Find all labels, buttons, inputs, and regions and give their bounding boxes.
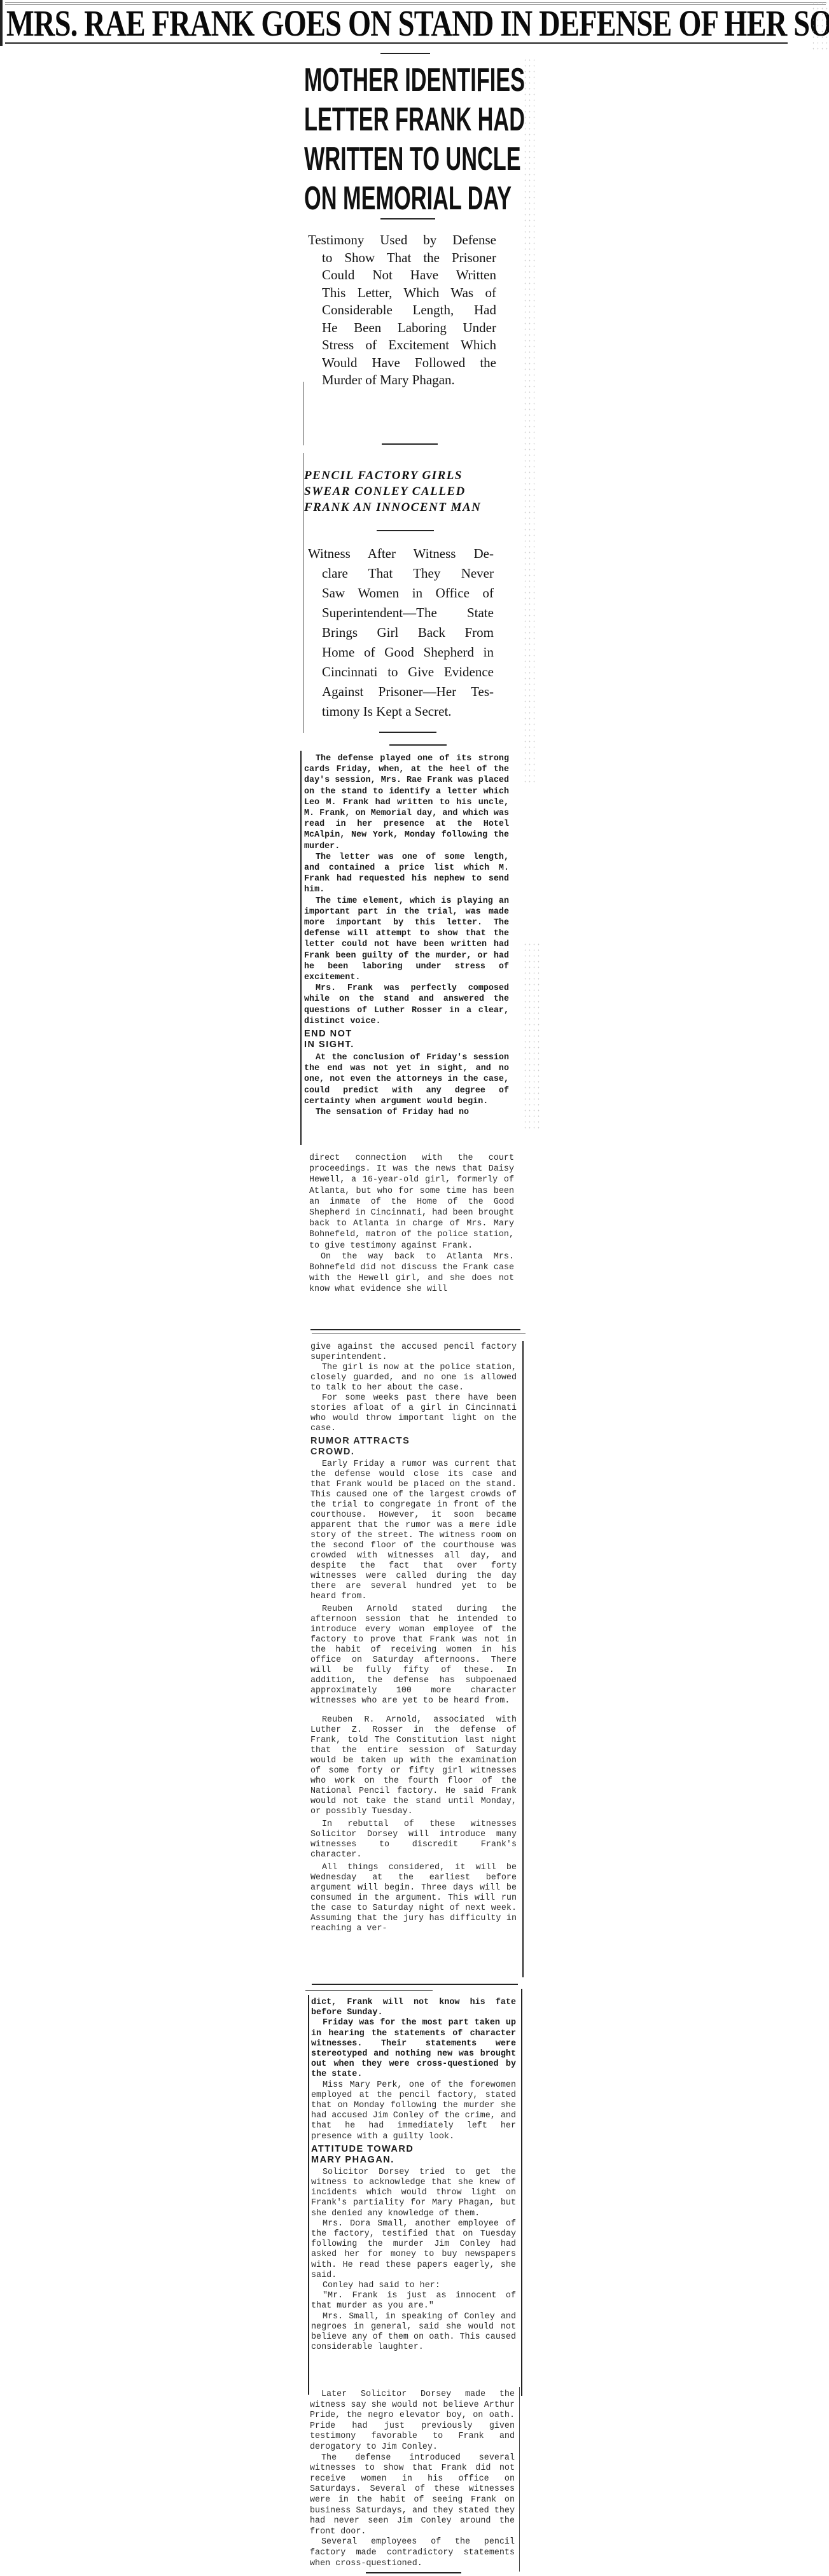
scan-noise [523,57,537,783]
paragraph: Reuben R. Arnold, associated with Luther… [310,1715,517,1817]
subdeck1-line: to Show That the Prisoner [322,249,496,267]
column-rule [521,1989,522,2396]
subhead-attitude-toward-mary-phagan: ATTITUDE TOWARD MARY PHAGAN. [311,2144,516,2166]
scan-noise [523,942,542,1132]
deck2-line: FRANK AN INNOCENT MAN [304,499,508,515]
deck2-line: PENCIL FACTORY GIRLS [304,468,508,484]
divider-rule [379,732,436,733]
paragraph: Mrs. Small, in speaking of Conley and ne… [311,2312,516,2353]
paragraph: Later Solicitor Dorsey made the witness … [310,2390,515,2453]
segment-rule [312,1984,518,1985]
subhead-end-not-in-sight: END NOT IN SIGHT. [304,1029,509,1050]
paragraph: "Mr. Frank is just as innocent of that m… [311,2291,516,2311]
banner-rule-bottom [5,42,788,44]
article-segment-1: The defense played one of its strong car… [304,753,509,1118]
article-segment-4: dict, Frank will not know his fate befor… [311,1998,516,2353]
segment-rule [310,1329,520,1330]
paragraph: dict, Frank will not know his fate befor… [311,1998,516,2018]
paragraph: direct connection with the court proceed… [309,1153,514,1251]
subdeck1-line: Murder of Mary Phagan. [322,372,496,389]
subdeck1-line: He Been Laboring Under [322,319,496,337]
paragraph: The defense played one of its strong car… [304,753,509,852]
paragraph: The defense introduced several witnesses… [310,2453,515,2538]
column-rule [519,2387,520,2572]
subdeck2-line: Superintendent—The State [322,603,494,623]
paragraph: Reuben Arnold stated during the afternoo… [310,1605,517,1706]
end-rule [366,2572,461,2573]
deck-headline-2: PENCIL FACTORY GIRLS SWEAR CONLEY CALLED… [304,468,508,515]
paragraph: For some weeks past there have been stor… [310,1393,517,1434]
subdeck2-line: timony Is Kept a Secret. [322,702,494,721]
divider-rule [389,744,447,746]
paragraph: Friday was for the most part taken up in… [311,2018,516,2080]
subdeck1-line: Could Not Have Written [322,267,496,284]
subdeck2-line: Home of Good Shepherd in [322,643,494,662]
deck-headline-1: MOTHER IDENTIFIES LETTER FRANK HAD WRITT… [304,60,438,218]
paragraph: At the conclusion of Friday's session th… [304,1052,509,1107]
column-rule [308,1995,309,2395]
subdeck1-first-line: Testimony Used by Defense [308,232,496,249]
deck1-line: MOTHER IDENTIFIES [304,60,506,100]
subdeck2-line: Cincinnati to Give Evidence [322,662,494,682]
subdeck2-line: Brings Girl Back From [322,623,494,643]
paragraph: All things considered, it will be Wednes… [310,1863,517,1934]
paragraph: Mrs. Dora Small, another employee of the… [311,2219,516,2281]
subdeck1-line: Would Have Followed the [322,354,496,372]
paragraph: Miss Mary Perk, one of the forewomen emp… [311,2080,516,2142]
paragraph: The sensation of Friday had no [304,1107,509,1118]
paragraph: The letter was one of some length, and c… [304,852,509,896]
subhead-rumor-attracts-crowd: RUMOR ATTRACTS CROWD. [310,1436,517,1458]
subdeck1-line: Stress of Excitement Which [322,337,496,354]
divider-rule [380,53,430,54]
scan-noise [811,0,829,51]
article-segment-3: give against the accused pencil factory … [310,1342,517,1934]
paragraph: Several employees of the pencil factory … [310,2537,515,2569]
paragraph: The time element, which is playing an im… [304,896,509,984]
article-segment-5: Later Solicitor Dorsey made the witness … [310,2390,515,2569]
article-segment-2: direct connection with the court proceed… [309,1153,514,1295]
paragraph: The girl is now at the police station, c… [310,1363,517,1393]
segment-rule [305,1990,433,1991]
subdeck1-line: Considerable Length, Had [322,302,496,319]
paragraph: Early Friday a rumor was current that th… [310,1459,517,1602]
paragraph: Solicitor Dorsey tried to get the witnes… [311,2168,516,2219]
column-rule [303,453,303,733]
subdeck2-first-line: Witness After Witness De- [308,544,494,564]
subdeck2-line: clare That They Never [322,564,494,583]
column-rule [300,751,302,1145]
paragraph: give against the accused pencil factory … [310,1342,517,1363]
segment-rule [312,1333,526,1334]
deck1-line: ON MEMORIAL DAY [304,179,506,218]
banner-headline-block: MRS. RAE FRANK GOES ON STAND IN DEFENSE … [0,0,829,46]
subdeck-1: Testimony Used by Defense to Show That t… [308,232,496,389]
divider-rule [380,218,435,219]
deck1-line: WRITTEN TO UNCLE [304,139,506,179]
paragraph: Mrs. Frank was perfectly composed while … [304,983,509,1027]
main-headline: MRS. RAE FRANK GOES ON STAND IN DEFENSE … [6,5,663,42]
column-rule [303,382,303,445]
subdeck1-line: This Letter, Which Was of [322,284,496,302]
subdeck2-line: Saw Women in Office of [322,583,494,603]
subdeck-2: Witness After Witness De- clare That The… [308,544,494,721]
paragraph: Conley had said to her: [311,2281,516,2291]
deck2-line: SWEAR CONLEY CALLED [304,484,508,499]
divider-rule [382,443,438,445]
subdeck2-line: Against Prisoner—Her Tes- [322,682,494,702]
paragraph: In rebuttal of these witnesses Solicitor… [310,1820,517,1860]
divider-rule [377,530,434,531]
column-rule [522,1341,524,1977]
deck1-line: LETTER FRANK HAD [304,100,506,139]
paragraph: On the way back to Atlanta Mrs. Bohnefel… [309,1251,514,1295]
